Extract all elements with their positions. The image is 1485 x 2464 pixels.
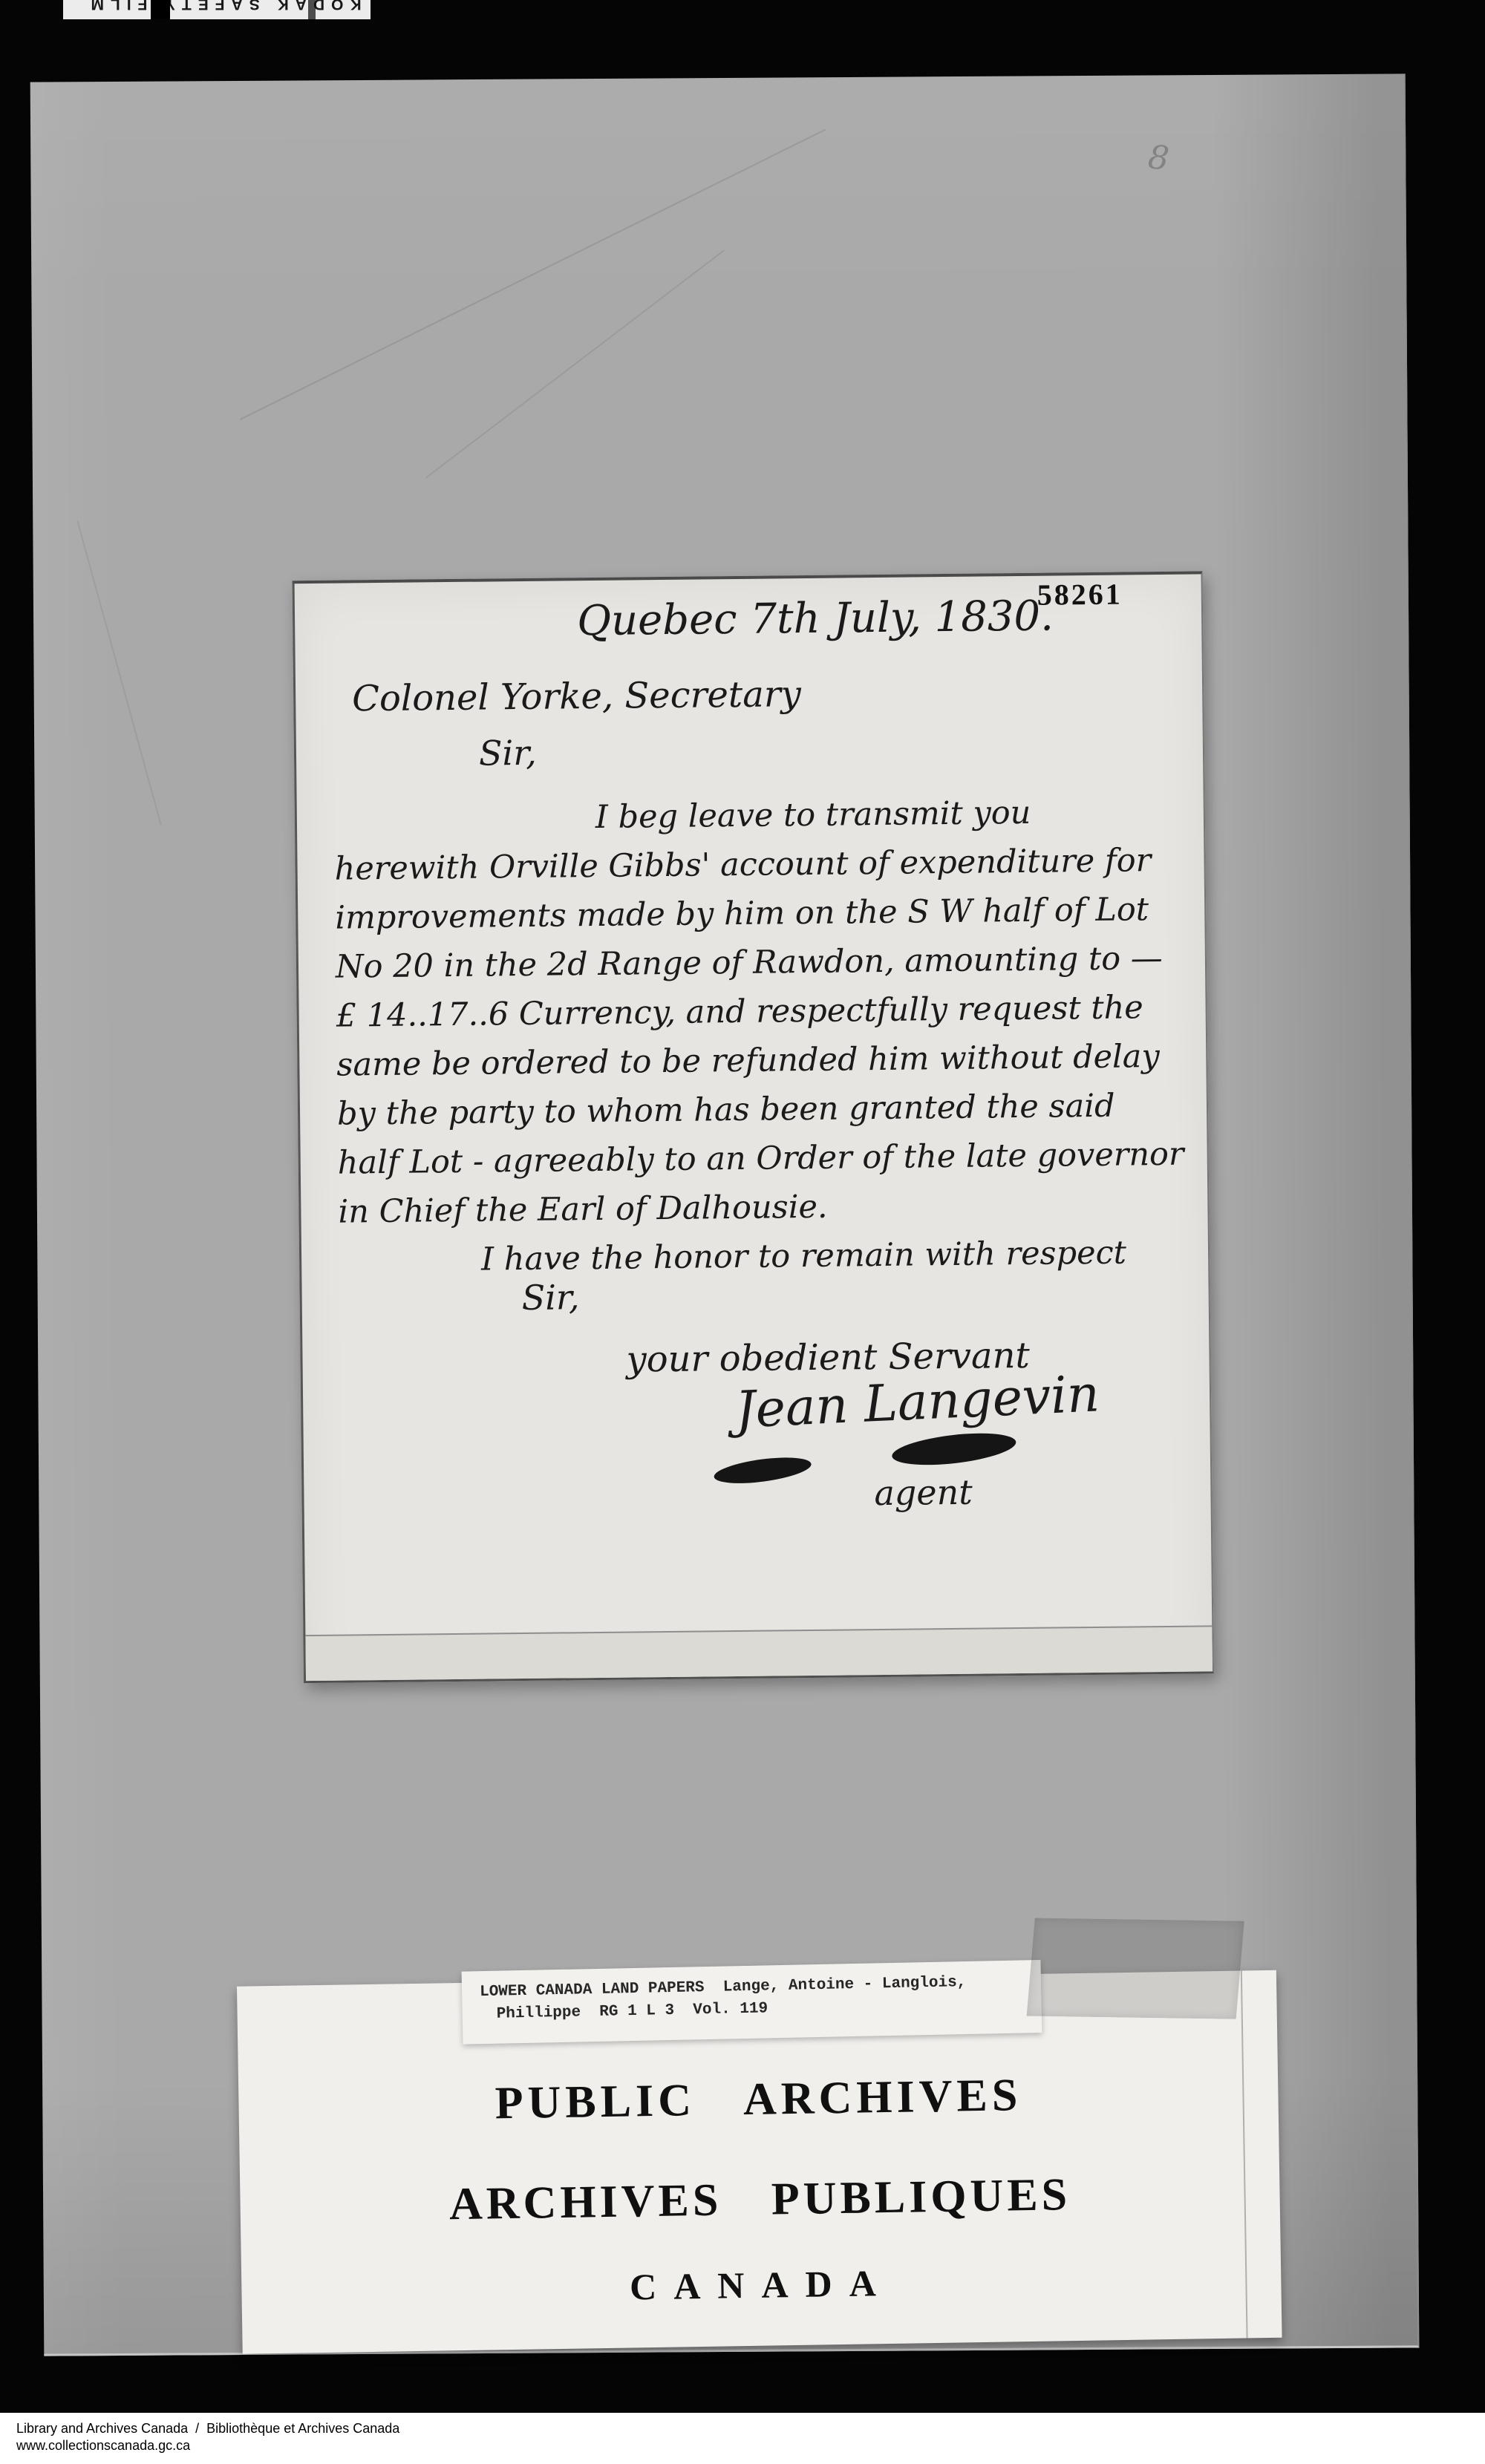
film-edge-strip: KODAK SAFETY FILM	[63, 0, 371, 19]
tape-piece	[1027, 1918, 1244, 2019]
letter-body: I beg leave to transmit youherewith Orvi…	[334, 786, 1204, 1285]
footer-bar: Library and Archives Canada / Bibliothèq…	[0, 2413, 1485, 2464]
film-edge-label: KODAK SAFETY FILM	[69, 0, 371, 13]
signature-title: agent	[874, 1472, 973, 1513]
signature-flourish	[713, 1453, 813, 1488]
letter-body-line: I have the honor to remain with respect	[339, 1227, 1204, 1285]
letter-body-line: herewith Orville Gibbs' account of expen…	[334, 835, 1200, 893]
letter-body-line: in Chief the Earl of Dalhousie.	[338, 1178, 1204, 1236]
letter-body-line: No 20 in the 2d Range of Rawdon, amounti…	[336, 933, 1201, 991]
letter-addressee: Colonel Yorke, Secretary	[352, 673, 801, 719]
microfilm-scan: KODAK SAFETY FILM 8 58261 Quebec 7th Jul…	[0, 0, 1485, 2464]
letter-body-line: by the party to whom has been granted th…	[337, 1080, 1203, 1138]
letter-body-line: £ 14..17..6 Currency, and respectfully r…	[336, 982, 1201, 1040]
letter-salutation: Sir,	[479, 733, 537, 774]
crease-line	[425, 249, 725, 478]
signature-flourish	[890, 1428, 1017, 1470]
letter-body-line: half Lot - agreeably to an Order of the …	[337, 1129, 1203, 1187]
letter-closing-salutation: Sir,	[521, 1277, 579, 1318]
letter-body-line: same be ordered to be refunded him witho…	[336, 1031, 1202, 1089]
stamp-public-archives: PUBLIC ARCHIVES	[238, 2065, 1279, 2134]
photo-backing-sheet: 8 58261 Quebec 7th July, 1830. Colonel Y…	[30, 73, 1420, 2356]
footer-institution: Library and Archives Canada / Bibliothèq…	[16, 2420, 399, 2437]
archive-reference-label: LOWER CANADA LAND PAPERS Lange, Antoine …	[462, 1960, 1042, 2045]
stamp-archives-publiques: ARCHIVES PUBLIQUES	[240, 2166, 1280, 2235]
letter-bottom-fold	[305, 1625, 1213, 1681]
letter-page: 58261 Quebec 7th July, 1830. Colonel Yor…	[293, 571, 1214, 1683]
film-edge-notch-2	[308, 0, 316, 19]
footer-url: www.collectionscanada.gc.ca	[16, 2437, 190, 2454]
stamp-canada: CANADA	[241, 2255, 1282, 2315]
letter-body-line: improvements made by him on the S W half…	[335, 884, 1201, 942]
pencil-squiggle: 8	[1146, 138, 1171, 178]
crease-line	[240, 128, 826, 419]
crease-line	[76, 520, 161, 825]
letter-dateline: Quebec 7th July, 1830.	[577, 592, 1054, 645]
film-edge-notch	[151, 0, 170, 19]
letter-body-line: I beg leave to transmit you	[334, 786, 1200, 844]
